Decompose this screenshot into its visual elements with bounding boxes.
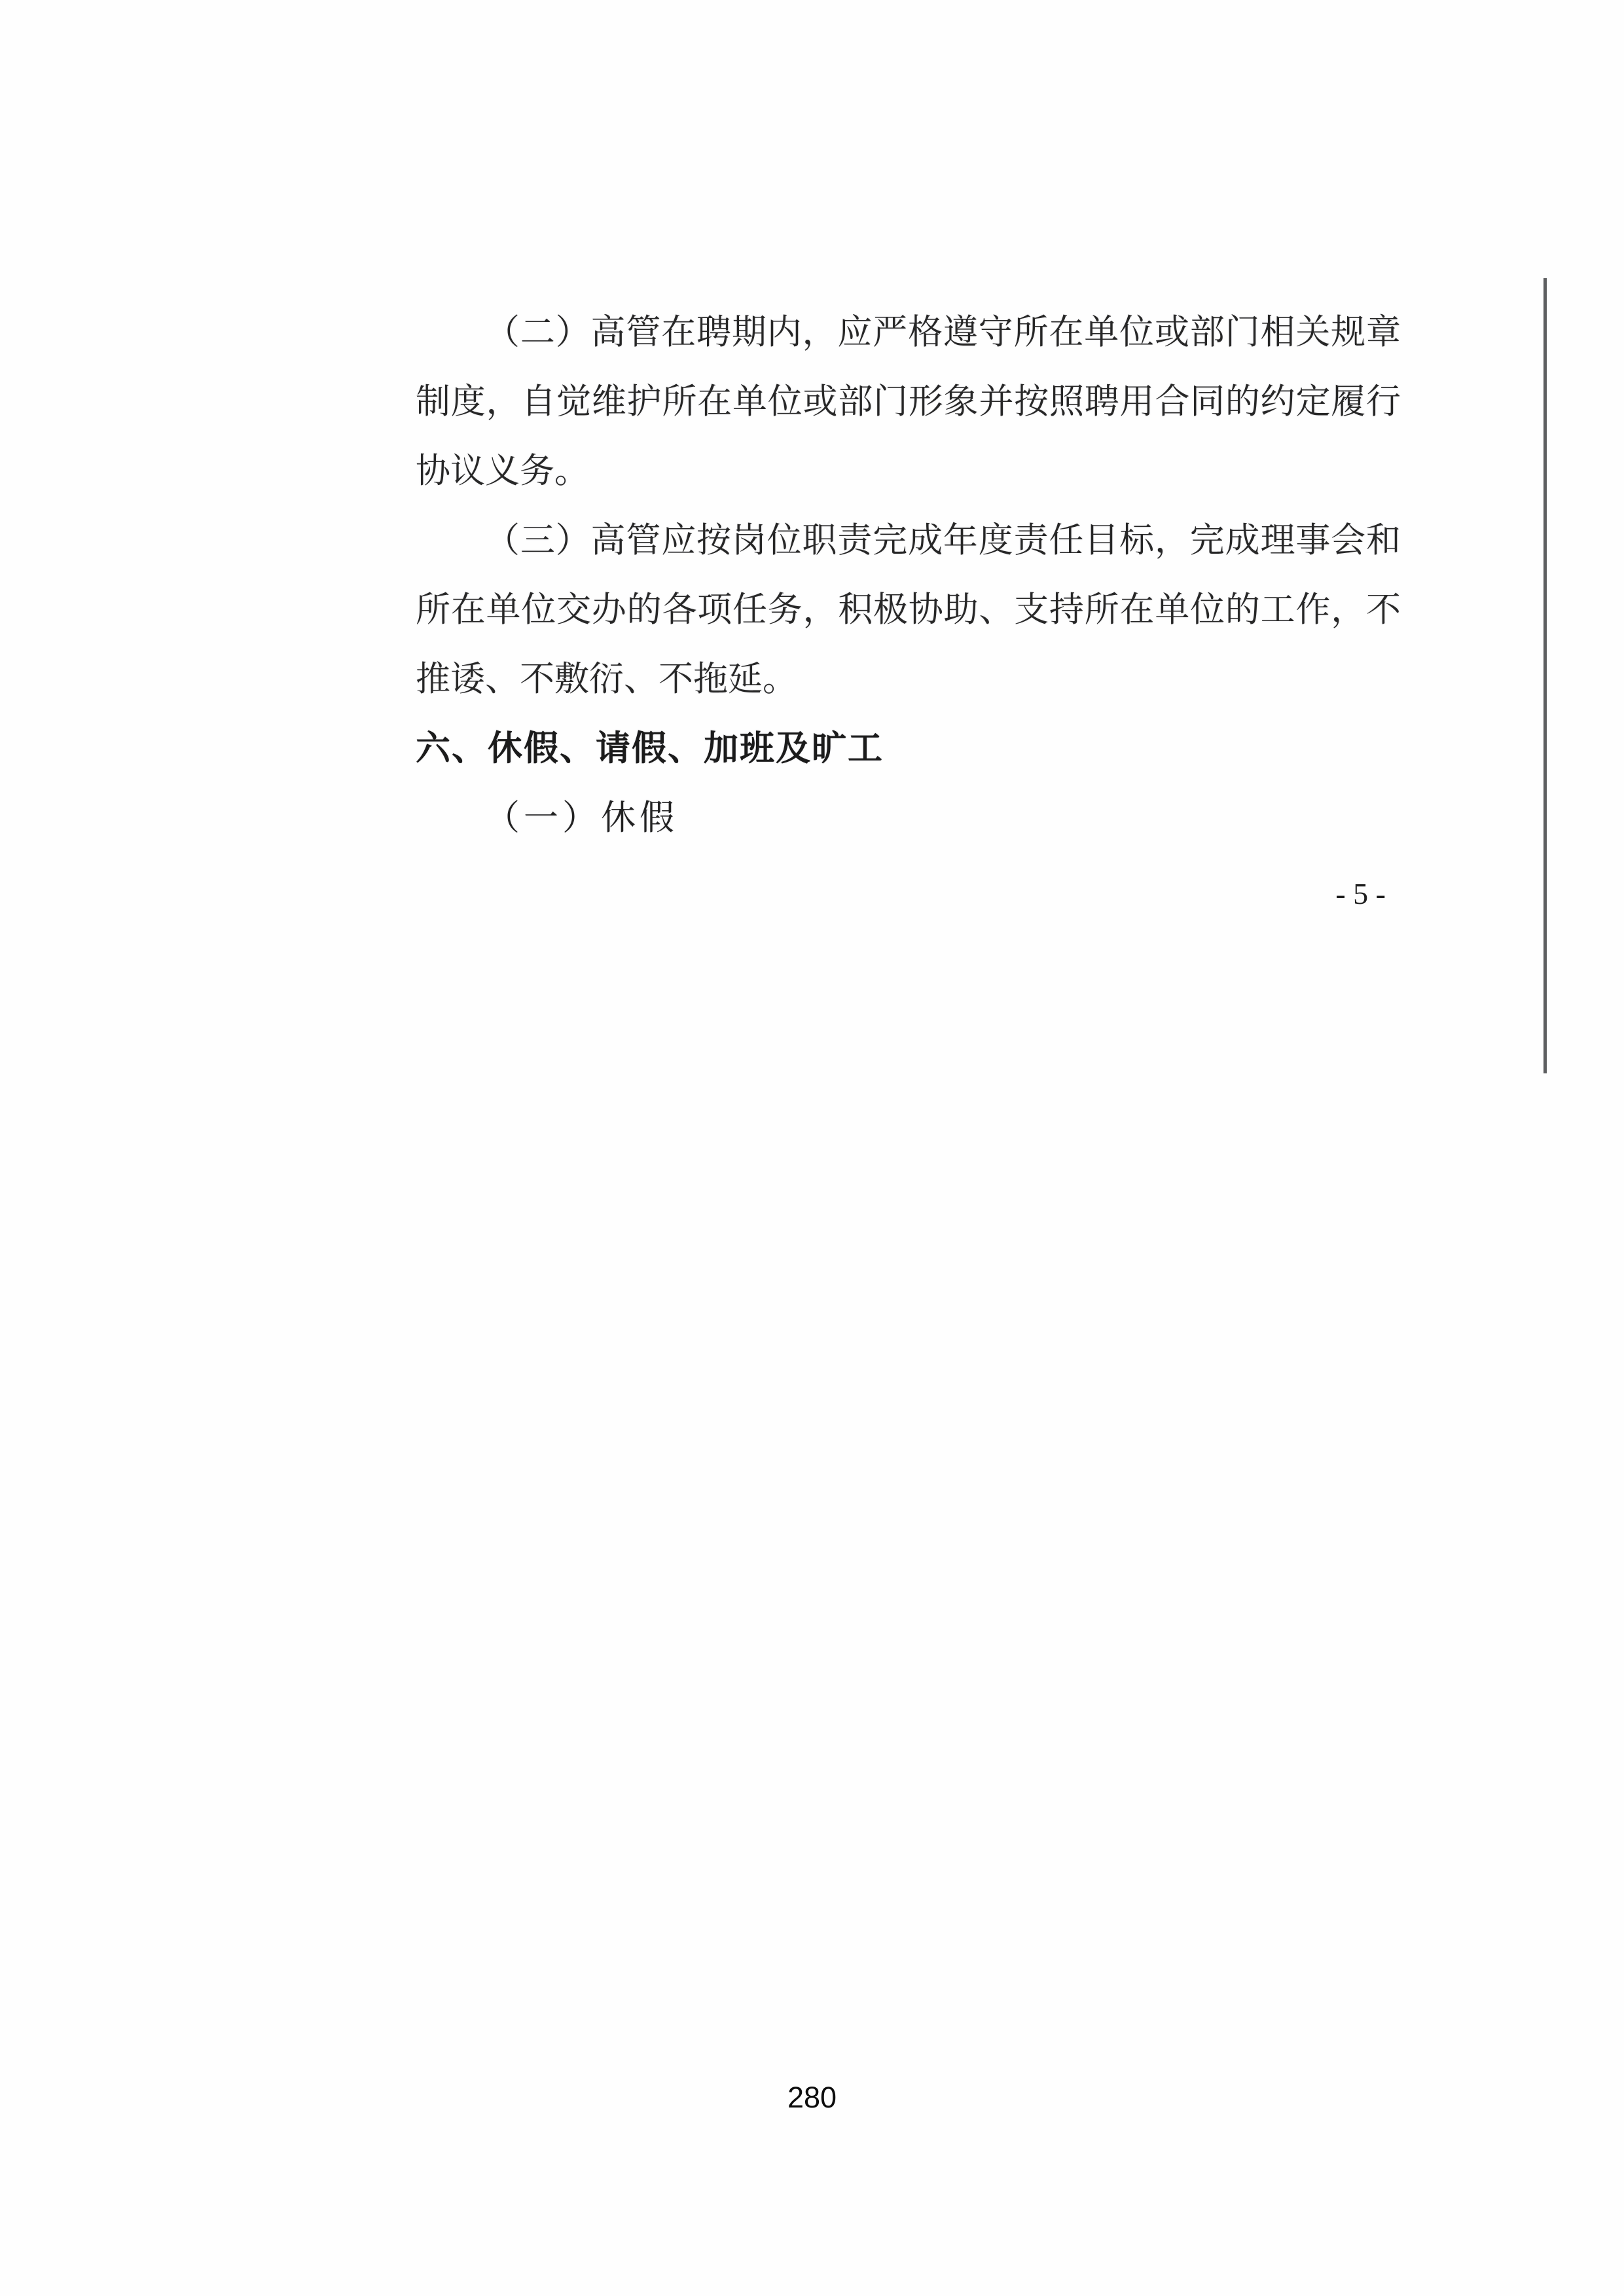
document-page: （二）高管在聘期内，应严格遵守所在单位或部门相关规章 制度，自觉维护所在单位或部… — [0, 0, 1624, 2296]
paragraph-2-line-3: 协议义务。 — [416, 437, 1401, 506]
footer-page-number: 280 — [0, 2079, 1624, 2117]
revision-rule — [1543, 278, 1547, 1073]
page-number-marker: - 5 - — [416, 874, 1386, 914]
body-text: （二）高管在聘期内，应严格遵守所在单位或部门相关规章 制度，自觉维护所在单位或部… — [416, 298, 1401, 853]
paragraph-3-line-3: 推诿、不敷衍、不拖延。 — [416, 645, 1401, 714]
paragraph-3-line-2: 所在单位交办的各项任务，积极协助、支持所在单位的工作，不 — [416, 575, 1401, 645]
paragraph-2-line-2: 制度，自觉维护所在单位或部门形象并按照聘用合同的约定履行 — [416, 367, 1401, 437]
paragraph-3-line-1: （三）高管应按岗位职责完成年度责任目标，完成理事会和 — [416, 506, 1401, 575]
subsection-heading: （一）休假 — [416, 783, 1401, 853]
section-heading: 六、休假、请假、加班及旷工 — [416, 714, 1401, 783]
paragraph-2-line-1: （二）高管在聘期内，应严格遵守所在单位或部门相关规章 — [416, 298, 1401, 367]
